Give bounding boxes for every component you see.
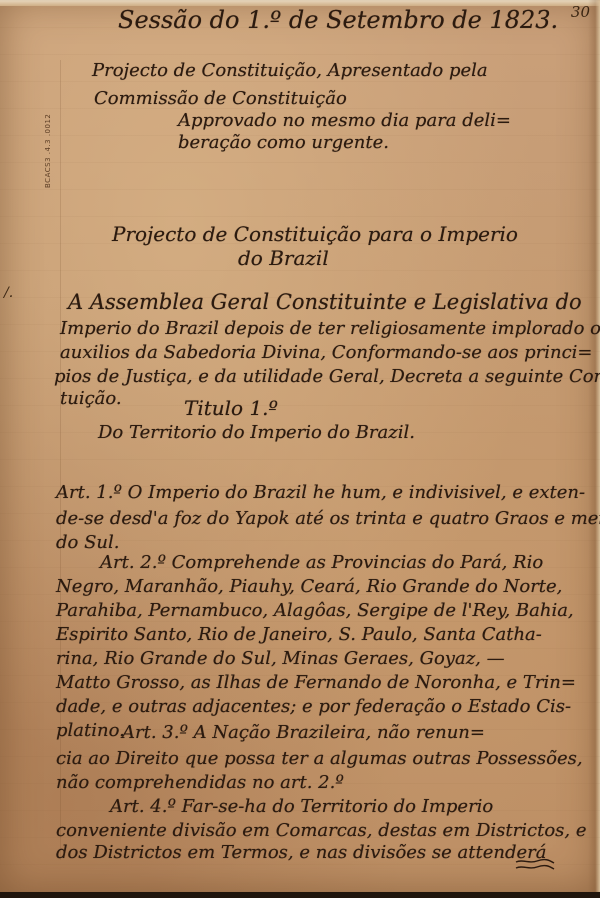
project-title-line: do Brazil: [238, 246, 329, 270]
article-4-line: Art. 4.º Far-se-ha do Territorio do Impe…: [110, 796, 493, 817]
article-3-line: Art. 3.º A Nação Brazileira, não renun=: [122, 722, 485, 743]
article-3-line: cia ao Direito que possa ter a algumas o…: [56, 748, 583, 769]
preamble-line: pios de Justiça, e da utilidade Geral, D…: [54, 366, 600, 387]
article-2-line: dade, e outras adjacentes; e por federaç…: [56, 696, 571, 717]
article-4-line: conveniente divisão em Comarcas, destas …: [56, 820, 587, 841]
manuscript-page: 30 BCACS3 .4.3 .0012 /. Sessão do 1.º de…: [0, 0, 600, 892]
preamble-line: A Assemblea Geral Constituinte e Legisla…: [68, 290, 582, 314]
project-title-line: Projecto de Constituição para o Imperio: [112, 222, 518, 246]
page-right-edge: [588, 0, 600, 892]
header-note-line: Commissão de Constituição: [94, 88, 347, 109]
header-note-line: Approvado no mesmo dia para deli=: [178, 110, 511, 131]
article-2-line: Matto Grosso, as Ilhas de Fernando de No…: [56, 672, 576, 693]
article-2-line: Espirito Santo, Rio de Janeiro, S. Paulo…: [56, 624, 542, 645]
titulo-heading: Titulo 1.º: [184, 396, 278, 420]
archive-stamp: BCACS3 .4.3 .0012: [44, 114, 52, 188]
article-1-line: do Sul.: [56, 532, 119, 553]
session-title: Sessão do 1.º de Setembro de 1823.: [118, 6, 558, 34]
article-2-line: platino.: [56, 720, 125, 741]
article-2-line: Parahiba, Pernambuco, Alagôas, Sergipe d…: [56, 600, 574, 621]
article-1-line: Art. 1.º O Imperio do Brazil he hum, e i…: [56, 482, 585, 503]
header-note-line: beração como urgente.: [178, 132, 389, 153]
header-note-line: Projecto de Constituição, Apresentado pe…: [92, 60, 488, 81]
article-1-line: de-se desd'a foz do Yapok até os trinta …: [56, 508, 600, 529]
titulo-subheading: Do Territorio do Imperio do Brazil.: [98, 422, 415, 443]
preamble-line: tuição.: [60, 388, 122, 409]
article-3-line: não comprehendidas no art. 2.º: [56, 772, 344, 793]
preamble-line: Imperio do Brazil depois de ter religios…: [60, 318, 600, 339]
folio-number: 30: [571, 3, 590, 21]
article-2-line: Negro, Maranhão, Piauhy, Ceará, Rio Gran…: [56, 576, 562, 597]
end-flourish-icon: [515, 858, 555, 872]
margin-mark: /.: [4, 285, 13, 301]
article-2-line: Art. 2.º Comprehende as Provincias do Pa…: [100, 552, 543, 573]
article-2-line: rina, Rio Grande do Sul, Minas Geraes, G…: [56, 648, 505, 669]
scan-bottom-edge: [0, 892, 600, 898]
preamble-line: auxilios da Sabedoria Divina, Conformand…: [60, 342, 593, 363]
article-4-line: dos Districtos em Termos, e nas divisões…: [56, 842, 546, 863]
